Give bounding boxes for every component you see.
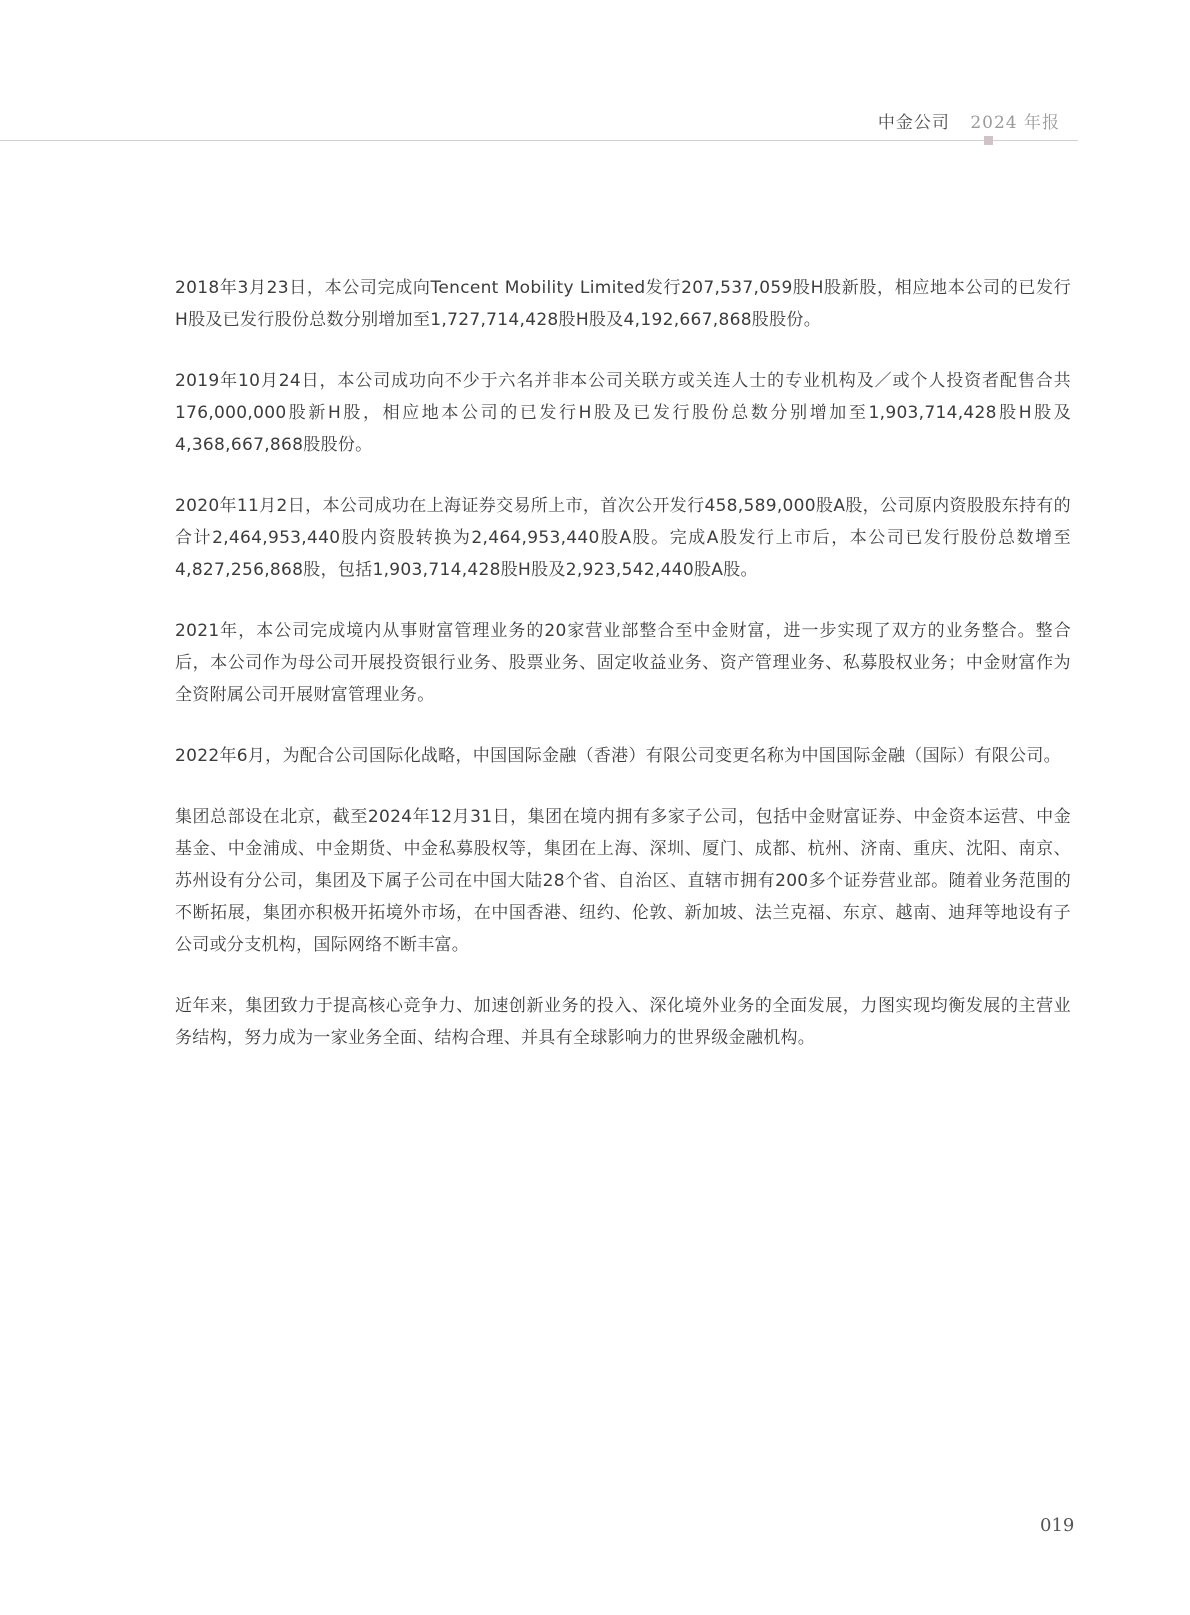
header-report-title: 2024 年报	[970, 113, 1060, 133]
paragraph-2022-rename: 2022年6月，为配合公司国际化战略，中国国际金融（香港）有限公司变更名称为中国…	[175, 740, 1071, 772]
paragraph-2019-h-share-placement: 2019年10月24日，本公司成功向不少于六名并非本公司关联方或关连人士的专业机…	[175, 365, 1071, 461]
running-header: 中金公司 2024 年报	[878, 108, 1060, 133]
paragraph-2020-a-share-listing: 2020年11月2日，本公司成功在上海证券交易所上市，首次公开发行458,589…	[175, 490, 1071, 586]
header-square-marker-icon	[984, 136, 993, 145]
paragraph-strategy: 近年来，集团致力于提高核心竞争力、加速创新业务的投入、深化境外业务的全面发展，力…	[175, 990, 1071, 1054]
paragraph-group-network: 集团总部设在北京，截至2024年12月31日，集团在境内拥有多家子公司，包括中金…	[175, 801, 1071, 961]
paragraph-2018-h-share-issue: 2018年3月23日，本公司完成向Tencent Mobility Limite…	[175, 272, 1071, 336]
page-number: 019	[1040, 1515, 1074, 1536]
body-text: 2018年3月23日，本公司完成向Tencent Mobility Limite…	[175, 272, 1071, 1083]
header-divider	[0, 140, 1078, 141]
paragraph-2021-wealth-integration: 2021年，本公司完成境内从事财富管理业务的20家营业部整合至中金财富，进一步实…	[175, 615, 1071, 711]
header-company-name: 中金公司	[878, 113, 950, 133]
